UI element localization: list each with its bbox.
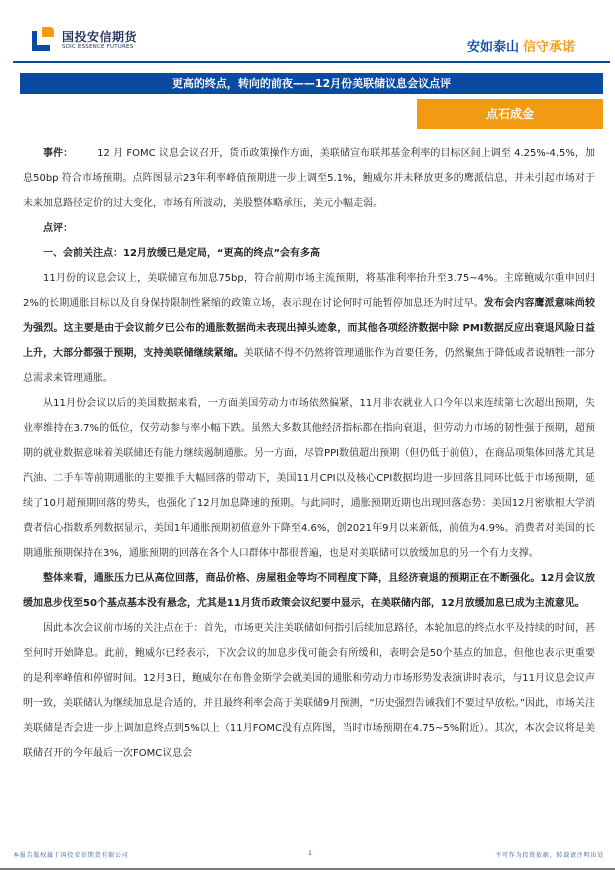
page-number: 1 — [308, 850, 312, 857]
page-footer: 本报告版权属于国投安信期货有限公司 1 不可作为投资依据，转载请注明出处 — [0, 846, 615, 870]
event-label: 事件： — [43, 148, 73, 159]
slogan-part2: 信守承诺 — [523, 40, 575, 55]
brand-name-en: SDIC ESSENCE FUTURES — [62, 44, 133, 50]
event-paragraph: 事件：12 月 FOMC 议息会议召开，货币政策操作方面，美联储宣布联邦基金利率… — [23, 141, 595, 216]
report-body: 事件：12 月 FOMC 议息会议召开，货币政策操作方面，美联储宣布联邦基金利率… — [23, 141, 595, 766]
paragraph-1: 11月份的议息会议上，美联储宣布加息75bp，符合前期市场主流预期，将基准利率抬… — [23, 266, 595, 391]
paragraph-2: 从11月份会议以后的美国数据来看，一方面美国劳动力市场依然偏紧，11月非农就业人… — [23, 391, 595, 566]
paragraph-4: 因此本次会议前市场的关注点在于：首先，市场更关注美联储如何指引后续加息路径，本轮… — [23, 616, 595, 766]
brand-name-cn: 国投安信期货 — [62, 28, 137, 45]
column-tag: 点石成金 — [417, 99, 603, 129]
footer-copyright: 本报告版权属于国投安信期货有限公司 — [13, 850, 129, 859]
footer-disclaimer: 不可作为投资依据，转载请注明出处 — [495, 850, 604, 859]
event-text: 12 月 FOMC 议息会议召开，货币政策操作方面，美联储宣布联邦基金利率的目标… — [23, 148, 595, 209]
paragraph-3: 整体来看，通胀压力已从高位回落，商品价格、房屋租金等均不同程度下降，且经济衰退的… — [23, 566, 595, 616]
slogan-part1: 安如泰山 — [467, 40, 519, 55]
logo — [32, 27, 56, 51]
comment-label: 点评： — [23, 216, 595, 241]
header-divider — [13, 61, 610, 63]
slogan: 安如泰山信守承诺 — [467, 36, 575, 55]
section-heading-1: 一、会前关注点：12月放缓已是定局，“更高的终点”会有多高 — [23, 241, 595, 266]
report-title: 更高的终点，转向的前夜——12月份美联储议息会议点评 — [20, 73, 603, 94]
sdic-logo-accent-icon — [42, 27, 54, 37]
